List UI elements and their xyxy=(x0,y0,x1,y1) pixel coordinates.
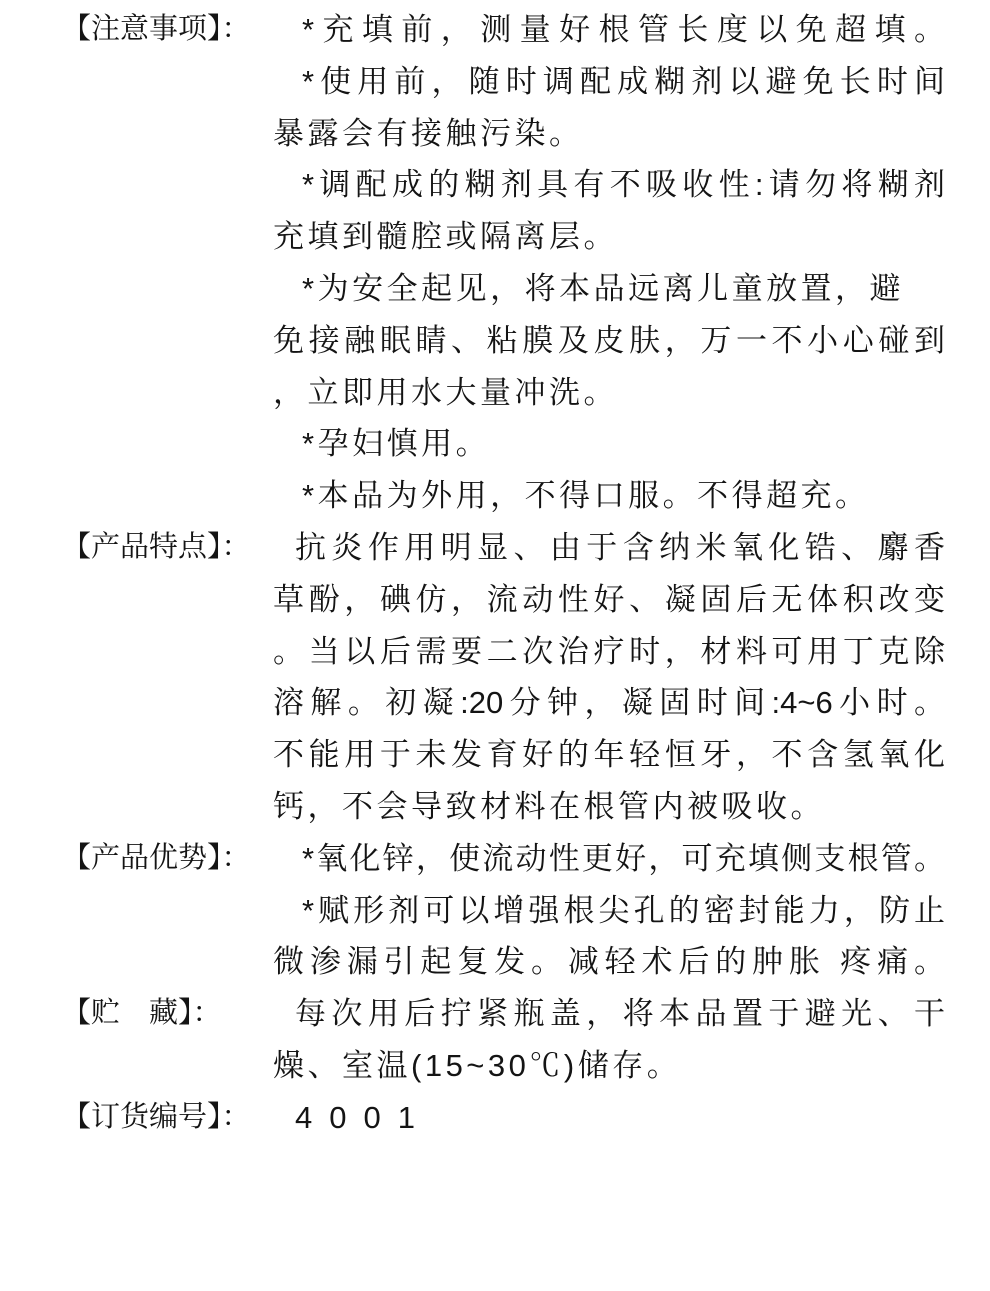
text-line: 抗炎作用明显、由于含纳米氧化锆、麝香 xyxy=(273,522,945,574)
text-line: *赋形剂可以增强根尖孔的密封能力，防止 xyxy=(273,885,945,937)
text-line: ，立即用水大量冲洗。 xyxy=(273,367,945,419)
text-line: *孕妇慎用。 xyxy=(273,418,945,470)
order-number-value: 4001 xyxy=(273,1092,945,1144)
text-line: 暴露会有接触污染。 xyxy=(273,108,945,160)
section-label: 【注意事项】： xyxy=(62,4,273,56)
section: 【注意事项】：*充填前，测量好根管长度以免超填。*使用前，随时调配成糊剂以避免长… xyxy=(62,4,945,522)
text-line: *充填前，测量好根管长度以免超填。 xyxy=(273,4,945,56)
section: 【订货编号】：4001 xyxy=(62,1092,945,1144)
text-line: *为安全起见，将本品远离儿童放置，避 xyxy=(273,263,945,315)
section-label: 【订货编号】： xyxy=(62,1092,273,1144)
text-line: *本品为外用，不得口服。不得超充。 xyxy=(273,470,945,522)
section-lines: 4001 xyxy=(273,1092,945,1144)
text-line: 。当以后需要二次治疗时，材料可用丁克除 xyxy=(273,626,945,678)
section-lines: *充填前，测量好根管长度以免超填。*使用前，随时调配成糊剂以避免长时间暴露会有接… xyxy=(273,4,945,522)
section-label: 【贮 藏】： xyxy=(62,988,273,1040)
text-line: 草酚，碘仿，流动性好、凝固后无体积改变 xyxy=(273,574,945,626)
section-lines: 抗炎作用明显、由于含纳米氧化锆、麝香草酚，碘仿，流动性好、凝固后无体积改变。当以… xyxy=(273,522,945,833)
text-line: 钙，不会导致材料在根管内被吸收。 xyxy=(273,781,945,833)
text-line: 不能用于未发育好的年轻恒牙，不含氢氧化 xyxy=(273,729,945,781)
section-label: 【产品特点】： xyxy=(62,522,273,574)
document-body: 【注意事项】：*充填前，测量好根管长度以免超填。*使用前，随时调配成糊剂以避免长… xyxy=(0,0,990,1144)
text-line: 溶解。初凝:20分钟，凝固时间:4~6小时。 xyxy=(273,677,945,729)
section-label: 【产品优势】： xyxy=(62,833,273,885)
section: 【贮 藏】：每次用后拧紧瓶盖，将本品置于避光、干燥、室温(15~30℃)储存。 xyxy=(62,988,945,1092)
text-line: 微渗漏引起复发。减轻术后的肿胀 疼痛。 xyxy=(273,936,945,988)
text-line: 每次用后拧紧瓶盖，将本品置于避光、干 xyxy=(273,988,945,1040)
section: 【产品优势】：*氧化锌，使流动性更好，可充填侧支根管。*赋形剂可以增强根尖孔的密… xyxy=(62,833,945,988)
section-lines: *氧化锌，使流动性更好，可充填侧支根管。*赋形剂可以增强根尖孔的密封能力，防止微… xyxy=(273,833,945,988)
text-line: *使用前，随时调配成糊剂以避免长时间 xyxy=(273,56,945,108)
text-line: *调配成的糊剂具有不吸收性:请勿将糊剂 xyxy=(273,159,945,211)
section: 【产品特点】：抗炎作用明显、由于含纳米氧化锆、麝香草酚，碘仿，流动性好、凝固后无… xyxy=(62,522,945,833)
text-line: 充填到髓腔或隔离层。 xyxy=(273,211,945,263)
text-line: *氧化锌，使流动性更好，可充填侧支根管。 xyxy=(273,833,945,885)
section-lines: 每次用后拧紧瓶盖，将本品置于避光、干燥、室温(15~30℃)储存。 xyxy=(273,988,945,1092)
text-line: 燥、室温(15~30℃)储存。 xyxy=(273,1040,945,1092)
text-line: 免接融眠睛、粘膜及皮肤，万一不小心碰到 xyxy=(273,315,945,367)
